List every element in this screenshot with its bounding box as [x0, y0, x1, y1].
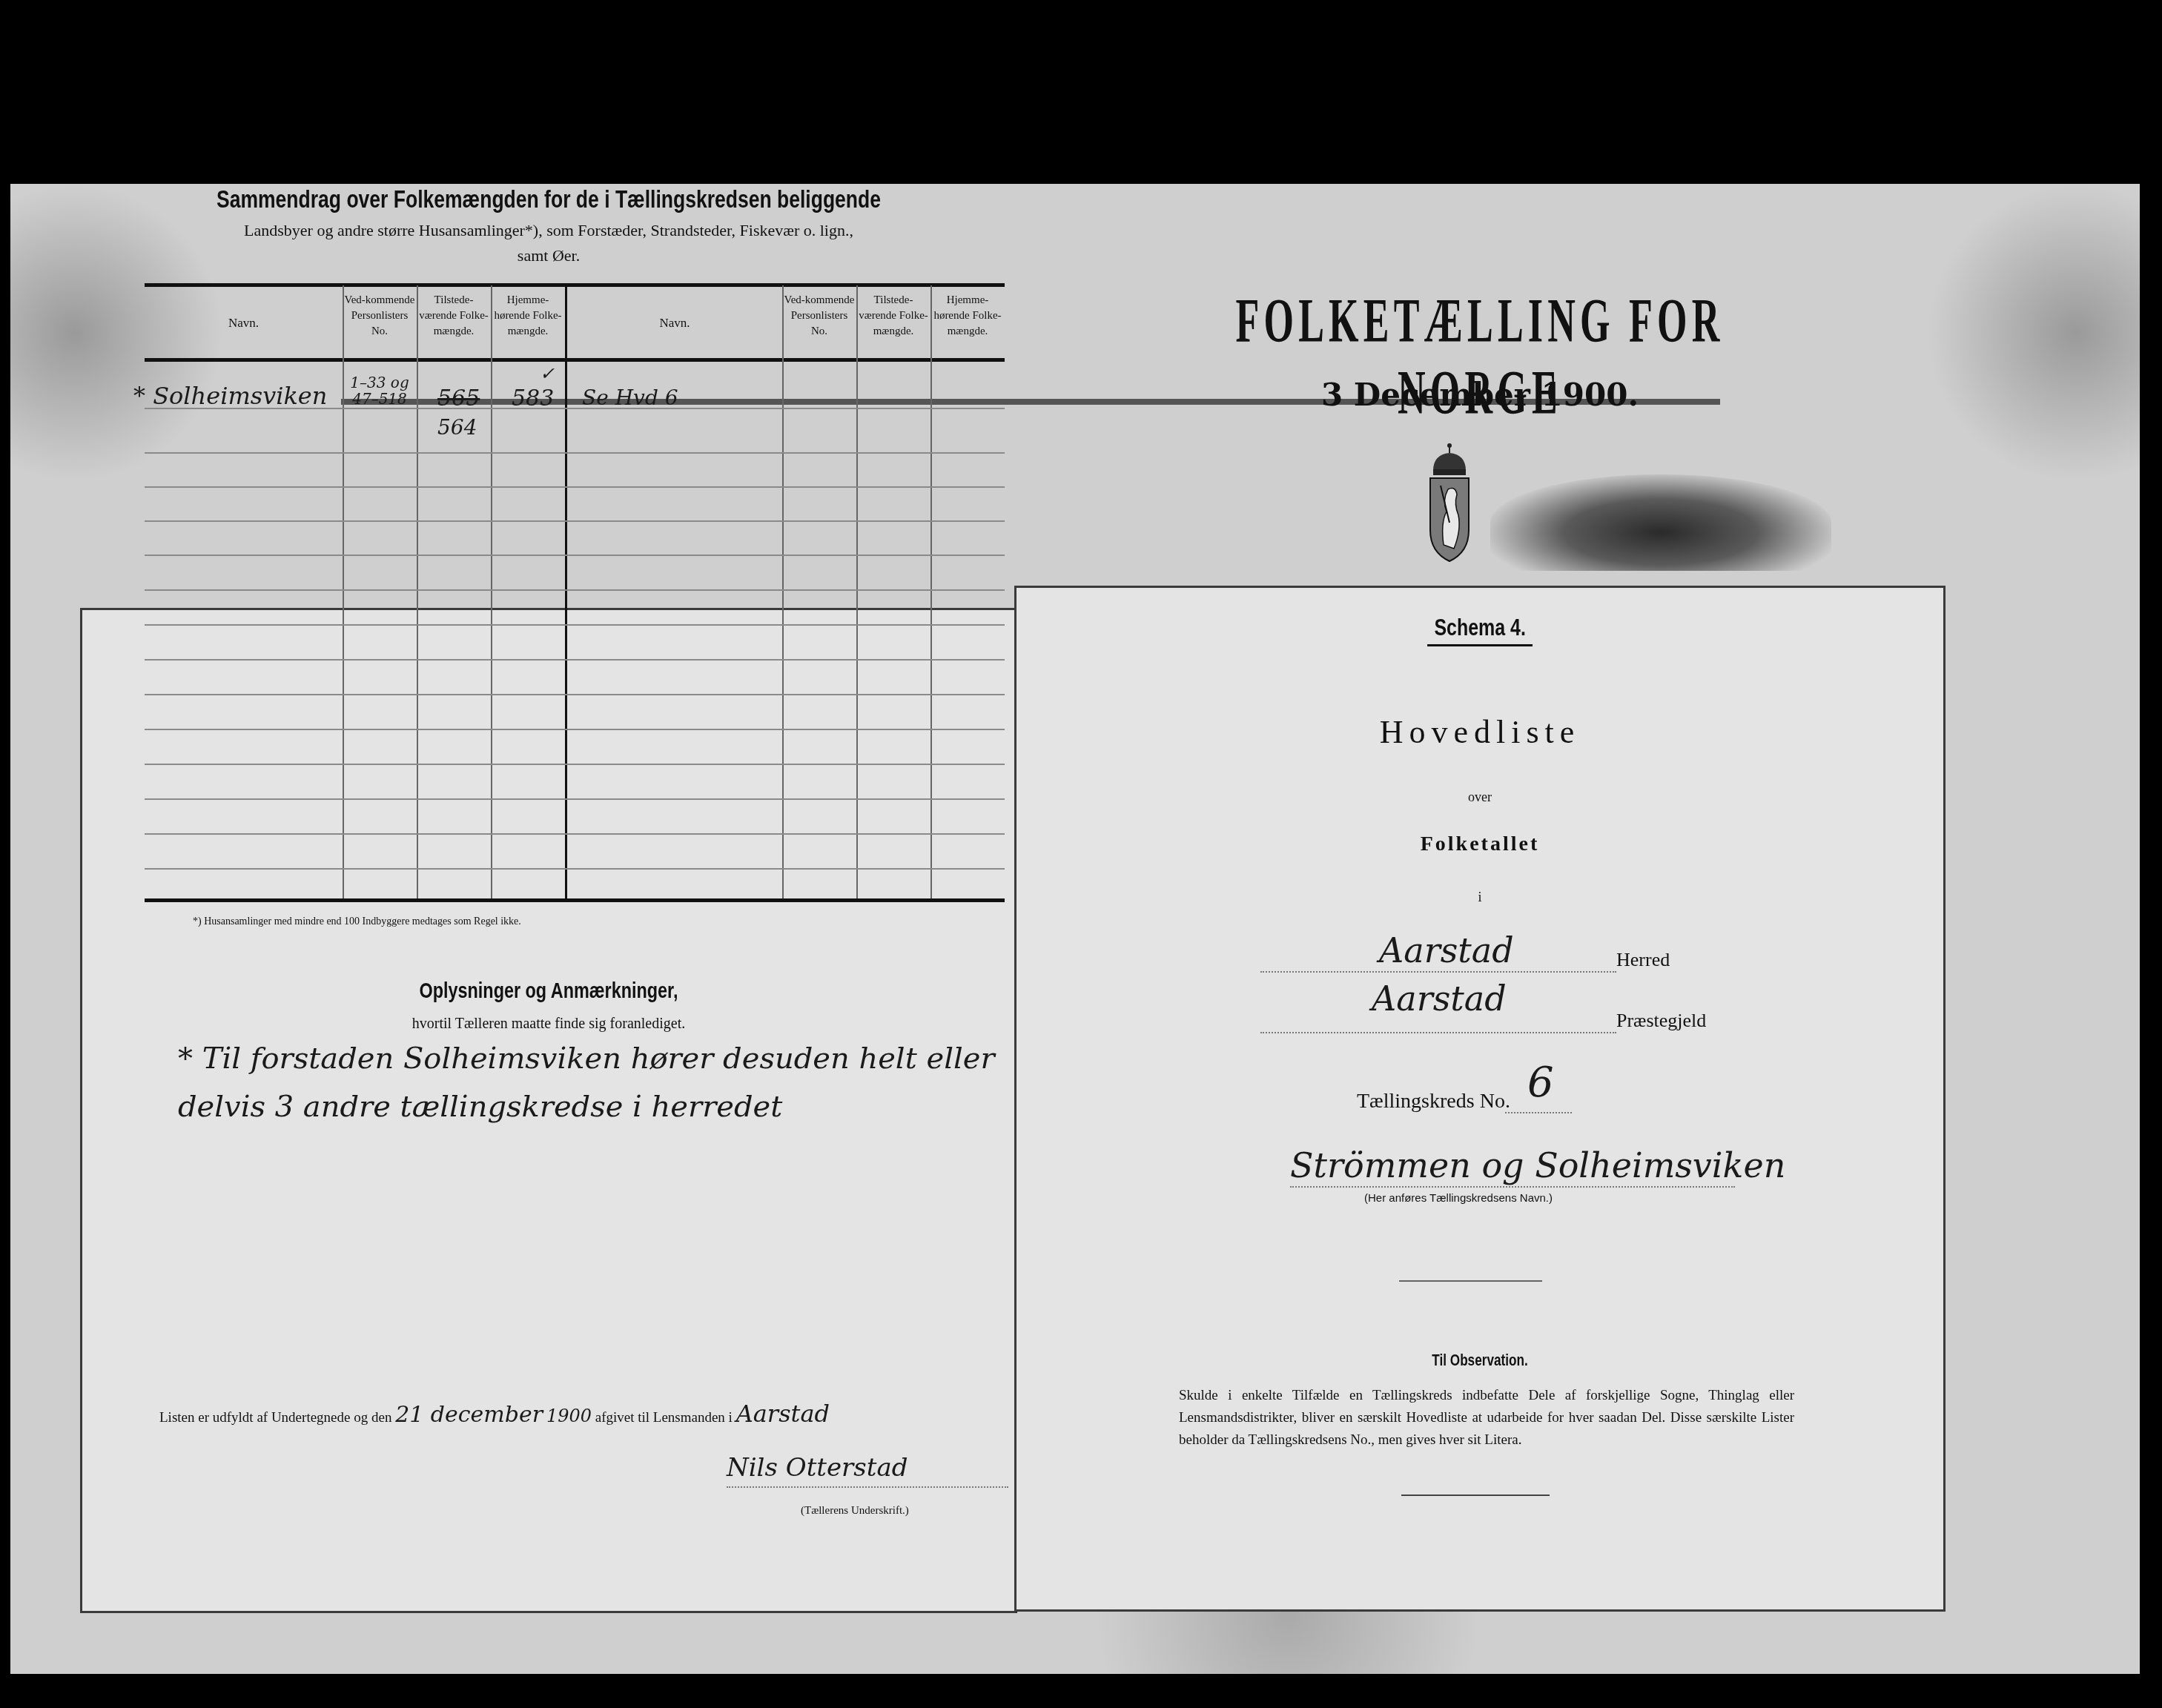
herred-value: Aarstad: [1379, 930, 1514, 970]
header-hjemme-2: Hjemme-hørende Folke-mængde.: [930, 293, 1005, 340]
table-bottom-rule: [145, 898, 1005, 902]
observation-title: Til Observation.: [1117, 1351, 1843, 1370]
over-label: over: [1014, 790, 1946, 805]
header-hjemme: Hjemme-hørende Folke-mængde.: [491, 293, 565, 340]
cell-tilstede-corrected: 564: [437, 415, 477, 440]
enumerator-signature: Nils Otterstad: [727, 1453, 908, 1483]
summary-title: Sammendrag over Folkemængden for de i Tæ…: [183, 185, 914, 214]
cell-hjemme: 583: [512, 385, 554, 411]
submission-place: Aarstad: [736, 1400, 830, 1428]
divider: [1399, 1280, 1542, 1282]
header-personlister: Ved-kommende Personlisters No.: [343, 293, 417, 340]
col-divider-middle: [565, 285, 567, 898]
check-mark-icon: ✓: [540, 363, 555, 384]
census-date: 3 December 1900.: [1014, 377, 1946, 413]
header-tilstede: Tilstede-værende Folke-mængde.: [417, 293, 491, 340]
herred-label: Herred: [1616, 949, 1670, 971]
table-header-rule: [145, 358, 1005, 362]
col-divider: [417, 285, 418, 898]
ink-stain: [1490, 474, 1831, 571]
header-personlister-2: Ved-kommende Personlisters No.: [782, 293, 856, 340]
col-divider: [782, 285, 784, 898]
schema-label: Schema 4.: [1014, 614, 1946, 646]
folketallet-heading: Folketallet: [1014, 833, 1946, 856]
praestegjeld-label: Præstegjeld: [1616, 1010, 1706, 1032]
signature-line: [727, 1486, 1008, 1488]
col-divider: [930, 285, 932, 898]
summary-subtitle: Landsbyer og andre større Husansamlinger…: [80, 221, 1017, 240]
remarks-title: Oplysninger og Anmærkninger,: [183, 979, 914, 1004]
kreds-number: 6: [1527, 1059, 1554, 1107]
header-navn: Navn.: [145, 315, 343, 331]
kreds-label: Tællingskreds No.: [1357, 1090, 1510, 1113]
kreds-name-hint: (Her anføres Tællingskredsens Navn.): [1364, 1192, 1553, 1205]
i-label: i: [1014, 890, 1946, 905]
remarks-subtitle: hvortil Tælleren maatte finde sig foranl…: [80, 1016, 1017, 1033]
herred-field-line: [1260, 971, 1616, 973]
praestegjeld-value: Aarstad: [1372, 979, 1507, 1019]
summary-subtitle-2: samt Øer.: [80, 246, 1017, 265]
header-tilstede-2: Tilstede-værende Folke-mængde.: [856, 293, 930, 340]
kreds-number-line: [1505, 1112, 1572, 1113]
table-top-rule: [145, 283, 1005, 287]
kreds-name-line: [1290, 1186, 1735, 1188]
submission-prefix: Listen er udfyldt af Undertegnede og den: [159, 1410, 391, 1426]
col-divider: [491, 285, 492, 898]
cell-navn: * Solheimsviken: [133, 382, 327, 410]
remarks-line-2: delvis 3 andre tællingskredse i herredet: [178, 1090, 782, 1124]
submission-year: 1900: [546, 1406, 592, 1426]
signature-label: (Tællerens Underskrift.): [801, 1505, 909, 1517]
submission-line: Listen er udfyldt af Undertegnede og den…: [159, 1400, 830, 1428]
submission-middle: afgivet til Lensmanden i: [595, 1410, 733, 1426]
praestegjeld-field-line: [1260, 1032, 1616, 1033]
remarks-line-1: * Til forstaden Solheimsviken hører desu…: [178, 1042, 995, 1076]
bottom-divider: [1401, 1494, 1550, 1496]
coat-of-arms-icon: [1427, 441, 1472, 563]
header-navn-2: Navn.: [567, 315, 782, 331]
cell-navn-2: Se Hvd 6: [582, 385, 678, 410]
cell-personlister: 1–33 og 47–518: [343, 374, 417, 407]
col-divider: [856, 285, 858, 898]
observation-text: Skulde i enkelte Tilfælde en Tællingskre…: [1179, 1385, 1794, 1452]
kreds-name: Strömmen og Solheimsviken: [1290, 1145, 1785, 1185]
submission-date: 21 december: [395, 1402, 543, 1428]
cell-tilstede-struck: 565: [437, 385, 480, 411]
footnote: *) Husansamlinger med mindre end 100 Ind…: [193, 916, 521, 928]
hovedliste-heading: Hovedliste: [1014, 713, 1946, 751]
